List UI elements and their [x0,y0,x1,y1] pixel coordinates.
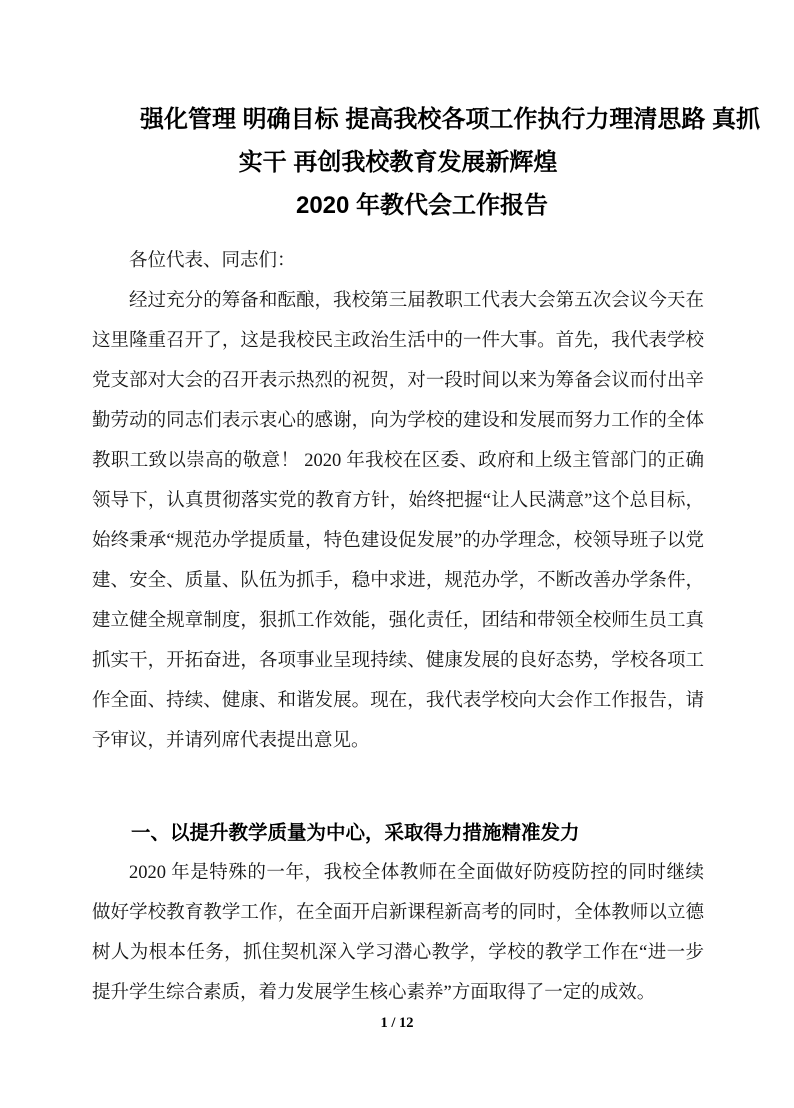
title-line-1: 强化管理 明确目标 提高我校各项工作执行力理清思路 真抓 [92,98,704,141]
title-line-2: 实干 再创我校教育发展新辉煌 [92,141,704,184]
greeting-line: 各位代表、同志们： [92,241,704,281]
document-page: 强化管理 明确目标 提高我校各项工作执行力理清思路 真抓 实干 再创我校教育发展… [0,0,794,1108]
page-number: 1 / 12 [380,1015,413,1031]
opening-paragraph: 经过充分的筹备和酝酿，我校第三届教职工代表大会第五次会议今天在这里隆重召开了，这… [92,281,704,761]
section-1-paragraph: 2020 年是特殊的一年，我校全体教师在全面做好防疫防控的同时继续做好学校教育教… [92,853,704,1013]
page-footer: 1 / 12 [0,1015,794,1032]
document-body: 各位代表、同志们： 经过充分的筹备和酝酿，我校第三届教职工代表大会第五次会议今天… [92,241,704,1013]
section-1-heading: 一、以提升教学质量为中心，采取得力措施精准发力 [92,813,704,853]
document-title: 强化管理 明确目标 提高我校各项工作执行力理清思路 真抓 实干 再创我校教育发展… [92,98,704,227]
document-subtitle: 2020 年教代会工作报告 [92,184,704,227]
